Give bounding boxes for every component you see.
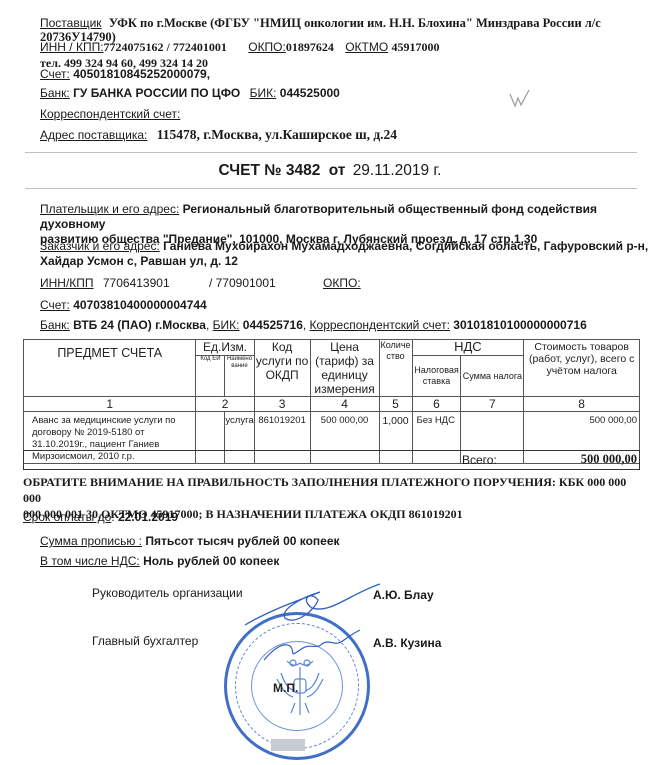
supplier-oktmo-label: ОКТМО — [345, 40, 388, 54]
col-number-4: 4 — [310, 397, 379, 412]
vat-in-words-label: В том числе НДС: — [40, 554, 140, 568]
customer-ids-row: ИНН/КПП 7706413901 / 770901001 ОКПО: — [40, 276, 361, 290]
supplier-bank-value: ГУ БАНКА РОССИИ ПО ЦФО — [73, 86, 240, 100]
due-date-value: 22.01.2019 — [118, 510, 178, 524]
header-total: Стоимость товаров (работ, услуг), всего … — [524, 340, 640, 397]
customer-bik-label: БИК: — [213, 318, 240, 332]
customer-bank-row: Банк: ВТБ 24 (ПАО) г.Москва, БИК: 044525… — [40, 318, 587, 332]
customer-corr-value: 30101810100000000716 — [453, 318, 586, 332]
customer-bank-label: Банк: — [40, 318, 70, 332]
header-unit-code: Код ЕИ — [196, 356, 225, 397]
supplier-oktmo-value: 45917000 — [392, 40, 440, 54]
header-vat: НДС — [412, 340, 524, 356]
col-number-5: 5 — [379, 397, 412, 412]
header-price: Цена (тариф) за единицу измерения — [310, 340, 379, 397]
total-value: 500 000,00 — [581, 452, 637, 467]
supplier-address-value: 115478, г.Москва, ул.Каширское ш, д.24 — [157, 127, 397, 142]
col-number-8: 8 — [524, 397, 640, 412]
supplier-bik-label: БИК: — [250, 86, 277, 100]
col-number-1: 1 — [24, 397, 196, 412]
supplier-okpo-label: ОКПО: — [248, 40, 286, 54]
column-number-row: 1 2 3 4 5 6 7 8 — [24, 397, 640, 412]
divider-top — [25, 152, 637, 153]
vat-in-words-row: В том числе НДС: Ноль рублей 00 копеек — [40, 554, 279, 568]
col-number-7: 7 — [461, 397, 524, 412]
stamp-label: М.П. — [273, 681, 298, 695]
accountant-signature-scribble-icon — [260, 628, 370, 668]
accountant-signature-label: Главный бухгалтер — [92, 634, 198, 648]
invoice-title: СЧЕТ № 3482 — [218, 162, 320, 179]
customer-label: Заказчик и его адрес: — [40, 239, 160, 253]
customer-value-line1: Ганиева Мухбирахон Мухамадходжаевна, Сог… — [163, 239, 648, 253]
supplier-bik-value: 044525000 — [280, 86, 340, 100]
customer-bank-value: ВТБ 24 (ПАО) г.Москва — [73, 318, 206, 332]
col-number-2: 2 — [196, 397, 254, 412]
supplier-account-value: 40501810845252000079, — [73, 67, 210, 81]
total-row: Всего: 500 000,00 — [23, 450, 640, 470]
supplier-okpo-value: 01897624 — [286, 40, 334, 54]
customer-bik-value: 044525716 — [243, 318, 303, 332]
supplier-address-row: Адрес поставщика: 115478, г.Москва, ул.К… — [40, 127, 397, 143]
due-date-label: Срок оплаты до — [23, 510, 111, 524]
customer-account-row: Счет: 40703810400000004744 — [40, 298, 207, 312]
header-vat-sum: Сумма налога — [461, 356, 524, 397]
customer-value-line2: Хайдар Усмон с, Равшан ул, д. 12 — [40, 254, 238, 268]
divider-middle — [25, 188, 637, 189]
customer-corr-label: Корреспондентский счет: — [310, 318, 450, 332]
customer-account-label: Счет: — [40, 298, 70, 312]
invoice-table: ПРЕДМЕТ СЧЕТА Ед.Изм. Код услуги по ОКДП… — [23, 339, 640, 464]
head-signature-label: Руководитель организации — [92, 586, 243, 600]
invoice-from-label: от — [329, 162, 346, 179]
customer-inn-value: 7706413901 — [103, 276, 170, 290]
supplier-address-label: Адрес поставщика: — [40, 128, 147, 142]
payer-label: Плательщик и его адрес: — [40, 202, 179, 216]
checkmark-scribble-icon — [508, 88, 532, 110]
sum-in-words-value: Пятьсот тысяч рублей 00 копеек — [145, 534, 339, 548]
due-date-row: Срок оплаты до: 22.01.2019 — [23, 510, 178, 524]
vat-in-words-value: Ноль рублей 00 копеек — [143, 554, 279, 568]
customer-account-value: 40703810400000004744 — [73, 298, 206, 312]
invoice-date: 29.11.2019 г. — [353, 162, 442, 179]
customer-inn-kpp-label: ИНН/КПП — [40, 276, 94, 290]
sum-in-words-label: Сумма прописью : — [40, 534, 142, 548]
supplier-inn-kpp-value: 7724075162 / 772401001 — [104, 40, 227, 54]
sum-in-words-row: Сумма прописью : Пятьсот тысяч рублей 00… — [40, 534, 340, 548]
payment-notice-line1: ОБРАТИТЕ ВНИМАНИЕ НА ПРАВИЛЬНОСТЬ ЗАПОЛН… — [23, 474, 643, 506]
col-number-3: 3 — [254, 397, 310, 412]
col-number-6: 6 — [412, 397, 461, 412]
header-unit-name: Наимено вание — [225, 356, 254, 397]
supplier-account-label: Счет: — [40, 67, 70, 81]
customer-kpp-value: / 770901001 — [209, 276, 276, 290]
supplier-ids-row: ИНН / КПП:7724075162 / 772401001 ОКПО:01… — [40, 40, 440, 54]
customer-okpo-label: ОКПО: — [323, 276, 361, 290]
supplier-account-row: Счет: 40501810845252000079, — [40, 67, 210, 81]
header-qty: Количе ство — [379, 340, 412, 397]
total-label: Всего: — [462, 453, 497, 467]
header-unit: Ед.Изм. — [196, 340, 254, 356]
invoice-title-row: СЧЕТ № 3482 от 29.11.2019 г. — [0, 162, 660, 180]
header-subject: ПРЕДМЕТ СЧЕТА — [24, 340, 196, 397]
supplier-corr-row: Корреспондентский счет: — [40, 107, 180, 121]
supplier-label: Поставщик — [40, 16, 102, 30]
supplier-corr-label: Корреспондентский счет: — [40, 107, 180, 121]
supplier-bank-row: Банк: ГУ БАНКА РОССИИ ПО ЦФО БИК: 044525… — [40, 86, 340, 100]
customer-block: Заказчик и его адрес: Ганиева Мухбирахон… — [40, 239, 655, 269]
header-vat-rate: Налоговая ставка — [412, 356, 461, 397]
supplier-inn-kpp-label: ИНН / КПП: — [40, 40, 104, 54]
header-okdp: Код услуги по ОКДП — [254, 340, 310, 397]
stamp-number-block — [271, 739, 305, 751]
supplier-bank-label: Банк: — [40, 86, 70, 100]
